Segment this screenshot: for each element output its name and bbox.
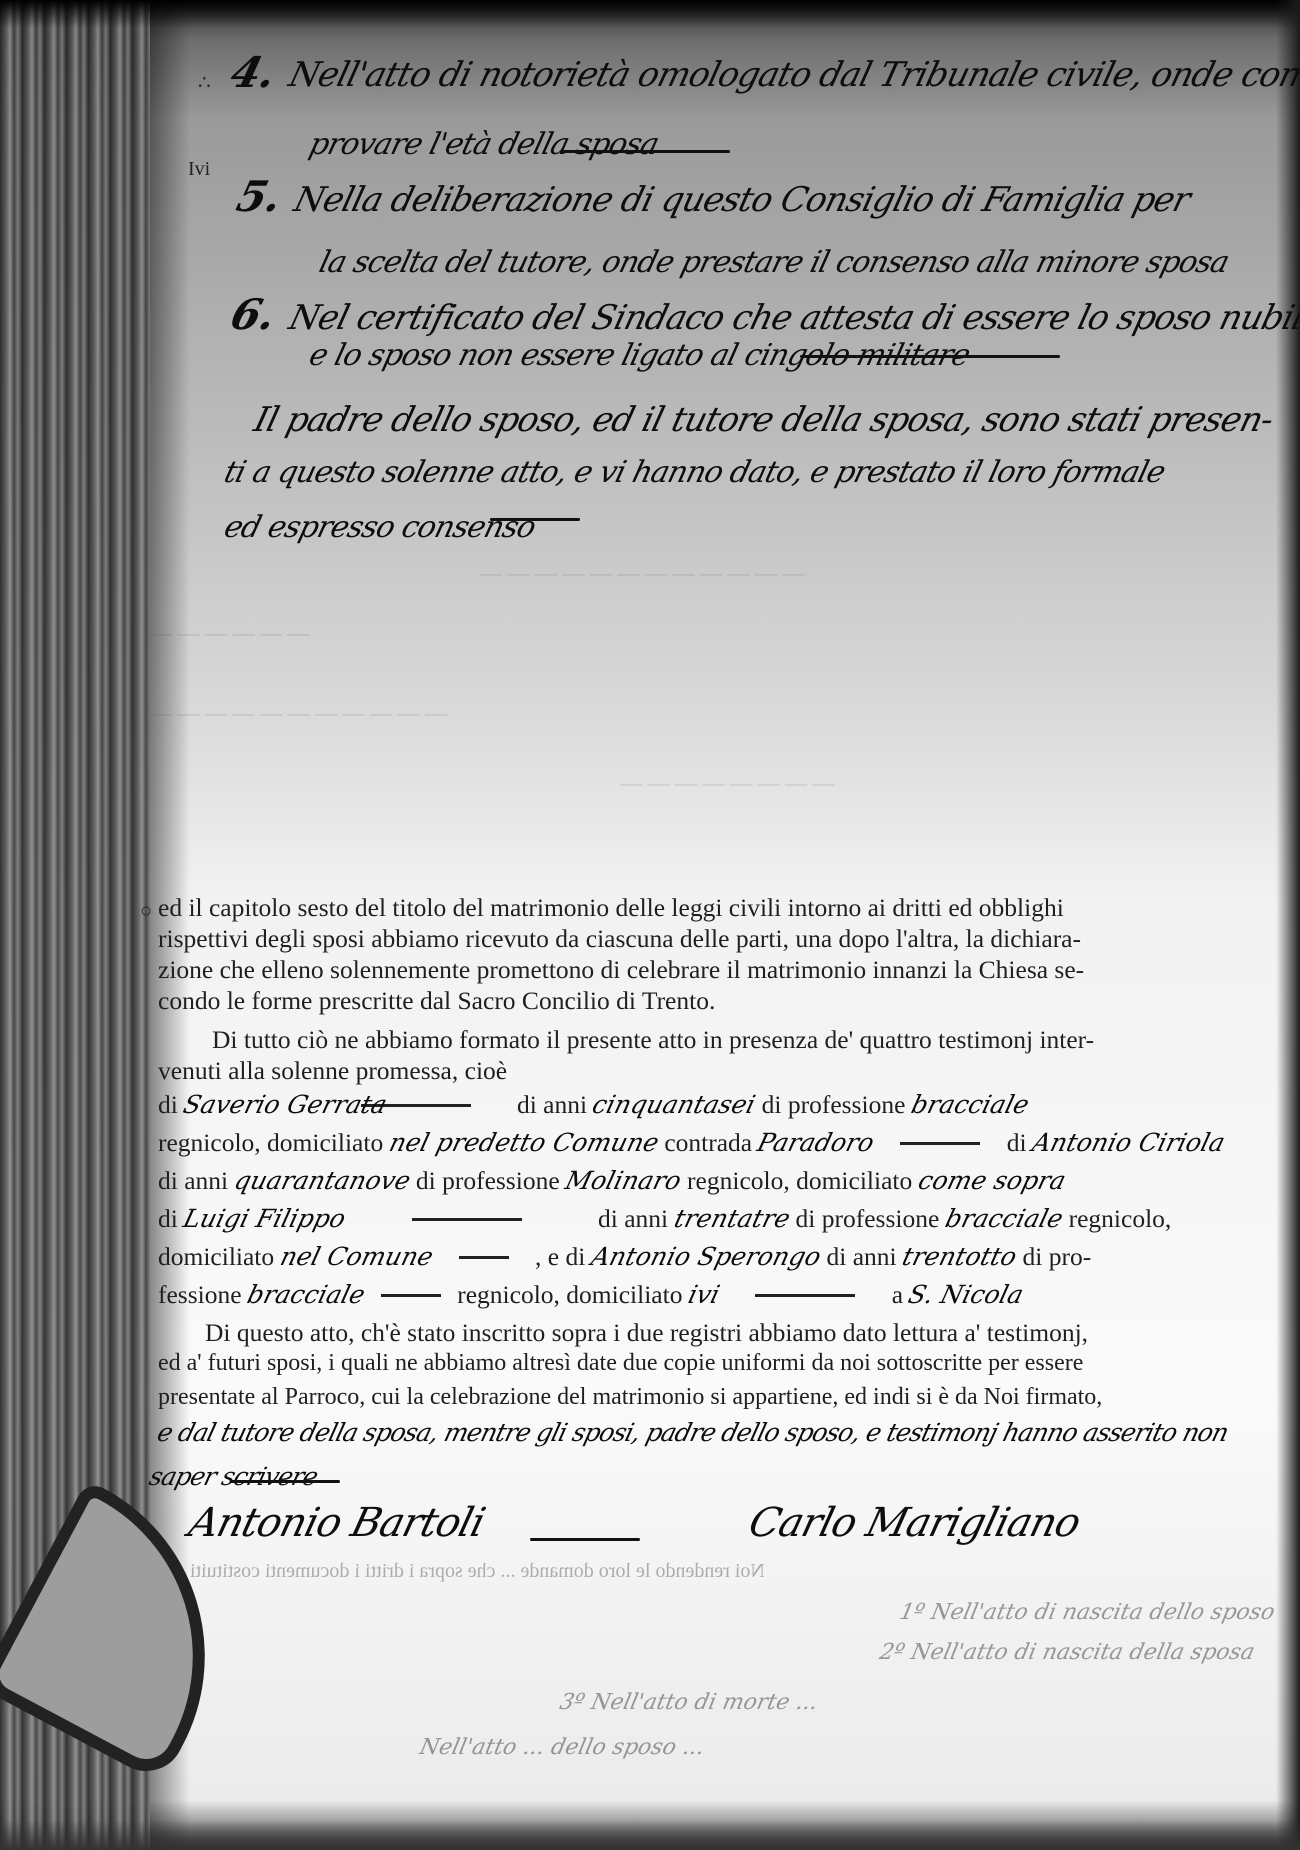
witness-name: Antonio Ciriola bbox=[1029, 1128, 1228, 1157]
annotation-line: la scelta del tutore, onde prestare il c… bbox=[316, 245, 1233, 280]
bleedthrough-printed: Noi rendendo le loro domande ... che sop… bbox=[190, 1560, 765, 1583]
witness-line-5: domiciliato nel Comune , e di Antonio Sp… bbox=[158, 1242, 1091, 1272]
form-label: di pro- bbox=[1023, 1242, 1092, 1271]
page-top-edge bbox=[0, 0, 1300, 28]
witness-domicile: nel predetto Comune bbox=[386, 1128, 662, 1157]
witness-age: quarantanove bbox=[231, 1166, 413, 1195]
form-label: di anni bbox=[598, 1204, 668, 1233]
annotation-line: Nell'atto di notorietà omologato dal Tri… bbox=[285, 55, 1300, 95]
annotation-number: 4. bbox=[226, 48, 280, 97]
bullet-mark: ○ bbox=[140, 900, 152, 923]
witness-domicile: come sopra bbox=[915, 1166, 1068, 1195]
closing-handwriting: saper scrivere bbox=[146, 1462, 320, 1491]
annotation-line: Il padre dello sposo, ed il tutore della… bbox=[250, 400, 1277, 440]
printed-line: zione che elleno solennemente promettono… bbox=[158, 955, 1084, 985]
bleedthrough-handwriting: 1º Nell'atto di nascita dello sposo bbox=[897, 1600, 1277, 1625]
underline-stroke bbox=[800, 355, 1060, 358]
printed-line: presentate al Parroco, cui la celebrazio… bbox=[158, 1384, 1102, 1411]
form-label: di bbox=[158, 1204, 178, 1233]
bleedthrough-handwriting: 3º Nell'atto di morte ... bbox=[557, 1690, 820, 1715]
annotation-line: ti a questo solenne atto, e vi hanno dat… bbox=[221, 455, 1169, 490]
bleedthrough-text: — — — — — — — — bbox=[620, 770, 835, 796]
witness-age: trentotto bbox=[899, 1242, 1019, 1271]
signature: Antonio Bartoli bbox=[184, 1500, 489, 1546]
form-label: di bbox=[158, 1090, 178, 1119]
page-bottom-edge bbox=[0, 1820, 1300, 1850]
form-label: contrada bbox=[664, 1128, 752, 1157]
margin-dots: ∴ bbox=[198, 70, 211, 95]
bleedthrough-handwriting: Nell'atto ... dello sposo ... bbox=[417, 1735, 706, 1760]
annotation-number: 5. bbox=[232, 172, 286, 221]
page-right-edge bbox=[1276, 0, 1300, 1850]
blank-dash bbox=[900, 1142, 980, 1145]
printed-line: rispettivi degli sposi abbiamo ricevuto … bbox=[158, 924, 1081, 954]
printed-line: venuti alla solenne promessa, cioè bbox=[158, 1056, 507, 1086]
witness-domicile: ivi bbox=[685, 1280, 722, 1309]
annotation-number: 6. bbox=[226, 290, 280, 339]
annotation-line: ed espresso consenso bbox=[221, 510, 539, 545]
form-label: domiciliato bbox=[158, 1242, 274, 1271]
form-label: di anni bbox=[158, 1166, 228, 1195]
form-label: regnicolo, bbox=[1069, 1204, 1172, 1233]
signature: Carlo Marigliano bbox=[744, 1500, 1084, 1546]
underline-stroke bbox=[490, 518, 580, 521]
margin-mark: Ivi bbox=[188, 158, 210, 181]
printed-line: ed a' futuri sposi, i quali ne abbiamo a… bbox=[158, 1350, 1083, 1377]
witness-profession: bracciale bbox=[942, 1204, 1066, 1233]
printed-line: condo le forme prescritte dal Sacro Conc… bbox=[158, 986, 715, 1016]
witness-line-6: fessione bracciale regnicolo, domiciliat… bbox=[158, 1280, 1023, 1310]
blank-dash bbox=[459, 1256, 509, 1259]
form-label: di bbox=[1007, 1128, 1027, 1157]
scanned-page: — — — — — — — — — — — — — — — — — — — — … bbox=[0, 0, 1300, 1850]
form-label: di anni bbox=[517, 1090, 587, 1119]
closing-handwriting: e dal tutore della sposa, mentre gli spo… bbox=[154, 1418, 1231, 1447]
witness-age: cinquantasei bbox=[590, 1090, 759, 1119]
printed-line: Di questo atto, ch'è stato inscritto sop… bbox=[205, 1318, 1088, 1348]
witness-domicile: nel Comune bbox=[277, 1242, 436, 1271]
form-label: fessione bbox=[158, 1280, 242, 1309]
bleedthrough-text: — — — — — — bbox=[150, 620, 310, 646]
form-label: regnicolo, domiciliato bbox=[457, 1280, 682, 1309]
form-label: regnicolo, domiciliato bbox=[158, 1128, 383, 1157]
blank-dash bbox=[381, 1294, 441, 1297]
witness-contrada: Paradoro bbox=[755, 1128, 878, 1157]
form-label: regnicolo, domiciliato bbox=[687, 1166, 912, 1195]
witness-profession: Molinaro bbox=[562, 1166, 684, 1195]
witness-name: Luigi Filippo bbox=[181, 1204, 349, 1233]
blank-dash bbox=[412, 1218, 522, 1221]
witness-place: S. Nicola bbox=[906, 1280, 1027, 1309]
form-label: di professione bbox=[762, 1090, 906, 1119]
witness-name: Saverio Gerrata bbox=[181, 1090, 328, 1119]
bleedthrough-text: — — — — — — — — — — — — bbox=[480, 560, 805, 586]
form-label: di professione bbox=[796, 1204, 940, 1233]
underline-stroke bbox=[560, 150, 730, 153]
witness-line-1: di Saverio Gerrata di anni cinquantasei … bbox=[158, 1090, 1028, 1120]
witness-line-3: di anni quarantanove di professione Moli… bbox=[158, 1166, 1065, 1196]
annotation-line: Nel certificato del Sindaco che attesta … bbox=[285, 298, 1300, 338]
form-label: di professione bbox=[416, 1166, 560, 1195]
witness-line-4: di Luigi Filippo di anni trentatre di pr… bbox=[158, 1204, 1171, 1234]
witness-age: trentatre bbox=[671, 1204, 793, 1233]
signature-flourish bbox=[530, 1538, 640, 1541]
witness-line-2: regnicolo, domiciliato nel predetto Comu… bbox=[158, 1128, 1224, 1158]
printed-line: Di tutto ciò ne abbiamo formato il prese… bbox=[212, 1025, 1094, 1055]
witness-profession: bracciale bbox=[908, 1090, 1032, 1119]
bleedthrough-handwriting: 2º Nell'atto di nascita della sposa bbox=[877, 1640, 1256, 1665]
annotation-line: provare l'età della sposa bbox=[306, 127, 662, 162]
printed-line: ed il capitolo sesto del titolo del matr… bbox=[158, 893, 1064, 923]
form-label: , e di bbox=[535, 1242, 585, 1271]
witness-name: Antonio Sperongo bbox=[588, 1242, 824, 1271]
witness-profession: bracciale bbox=[244, 1280, 368, 1309]
underline-stroke bbox=[230, 1480, 340, 1483]
form-label: di anni bbox=[826, 1242, 896, 1271]
form-label: a bbox=[892, 1280, 903, 1309]
bleedthrough-text: — — — — — — — — — — — bbox=[150, 700, 447, 726]
blank-dash bbox=[755, 1294, 855, 1297]
annotation-line: Nella deliberazione di questo Consiglio … bbox=[290, 180, 1194, 220]
